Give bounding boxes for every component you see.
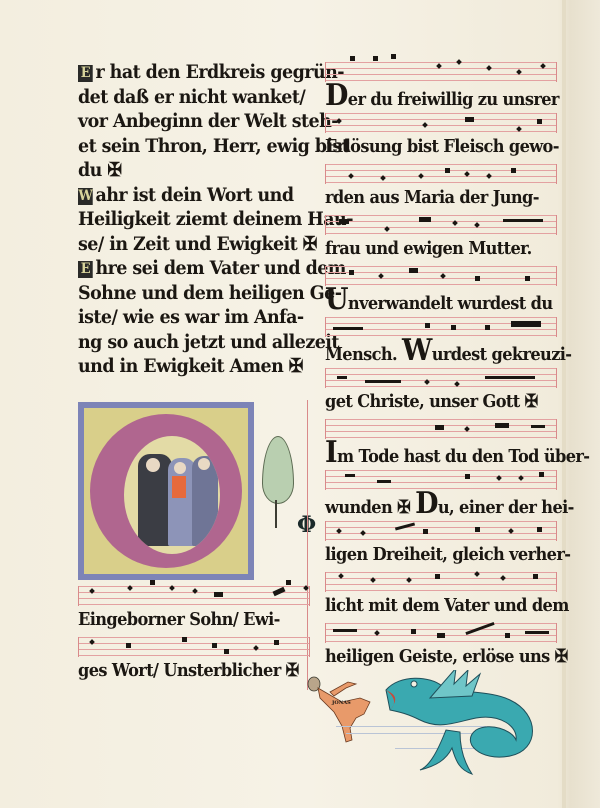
neume [286,580,291,585]
neume [409,268,418,273]
neume-ligature [365,380,401,383]
text-line: Wahr ist dein Wort und [78,183,299,208]
lyric-line: rden aus Maria der Jung- [325,184,539,212]
neume [345,474,355,477]
neume [525,631,549,634]
right-chant-column: Der du freiwillig zu unsrer Erlösung bis… [325,62,557,662]
staff-system: heiligen Geiste, erlöse uns ✠ [325,623,557,674]
letter-o-ring [90,414,242,568]
leaf-stem [275,500,277,528]
neume [150,580,155,585]
text-line: und in Ewigkeit Amen ✠ [78,354,299,379]
initial-capital: E [78,65,93,82]
page-gutter [562,0,566,808]
lyric-line: Eingeborner Sohn/ Ewi- [78,606,280,634]
lyric-text: nverwandelt wurdest du [348,293,553,314]
neume [539,472,544,477]
staff-system: Mensch. Wurdest gekreuzi- [325,317,557,368]
neume [419,217,431,222]
monk-face [146,458,160,472]
staff-system: wunden ✠ Du, einer der hei- [325,470,557,521]
gold-ground [84,408,248,574]
staff-system: Eingeborner Sohn/ Ewi- [78,586,310,637]
lyric-text: urdest gekreuzi- [432,344,572,365]
staff-system: rden aus Maria der Jung- [325,164,557,215]
neume [537,527,542,532]
staff-system: ges Wort/ Unsterblicher ✠ [78,637,310,688]
figure-label: JONAS [332,700,351,706]
staff-system: get Christe, unser Gott ✠ [325,368,557,419]
sea-dragon-icon [380,670,550,780]
neume-ligature [333,629,357,632]
neume-ligature [485,376,535,379]
initial-capital: E [78,261,93,278]
chant-initial: U [325,282,348,317]
text-line: Heiligkeit ziemt deinem Hau- [78,207,299,232]
lyric-line: heiligen Geiste, erlöse uns ✠ [325,643,568,671]
lyric-text: er du freiwillig zu unsrer [348,89,559,110]
text-line: du ✠ [78,158,299,183]
staff-system: Der du freiwillig zu unsrer [325,62,557,113]
monks-scene [124,436,220,554]
chant-initial: I [325,435,337,470]
monk-face [198,458,210,470]
illuminated-initial-o [78,402,254,580]
neume [212,643,217,648]
neume [511,168,516,173]
lyric-line: Erlösung bist Fleisch gewo- [325,133,559,161]
staff-system: licht mit dem Vater und dem [325,572,557,623]
text-line: Ehre sei dem Vater und dem [78,256,299,281]
lyric-text: Mensch. [325,344,402,365]
lyric-line: frau und ewigen Mutter. [325,235,532,263]
text-line: Sohne und dem heiligen Ge- [78,281,299,306]
neume-cluster [511,321,541,327]
neume [339,219,349,224]
text-line: et sein Thron, Herr, ewig bist [78,134,299,159]
chant-initial: W [402,333,432,368]
staff-lines [325,521,557,541]
neume [475,276,480,281]
chant-initial: D [415,486,438,521]
neume [425,323,430,328]
text-line-content: r hat den Erdkreis gegrün- [95,61,344,83]
lyric-text: m Tode hast du den Tod über- [337,446,589,467]
neume [350,56,355,61]
text-line: se/ in Zeit und Ewigkeit ✠ [78,232,299,257]
staff-system: Erlösung bist Fleisch gewo- [325,113,557,164]
lyric-text: u, einer der hei- [438,497,574,518]
neume [465,474,470,479]
staff-lines [325,113,557,133]
neume [465,117,474,122]
neume [224,649,229,654]
lyric-line: ligen Dreiheit, gleich verher- [325,541,570,569]
neume [531,425,545,428]
chant-initial: D [325,78,348,113]
neume [349,270,354,275]
neume [525,276,530,281]
text-line: vor Anbeginn der Welt steh- [78,109,299,134]
lyric-line: get Christe, unser Gott ✠ [325,388,538,416]
neume [445,168,450,173]
text-line-content: ahr ist dein Wort und [95,184,293,206]
text-line: det daß er nicht wanket/ [78,85,299,110]
staff-lines [325,470,557,490]
neume [214,592,223,597]
text-line: iste/ wie es war im Anfa- [78,305,299,330]
neume-ligature [333,327,363,330]
neume [182,637,187,642]
neume [533,574,538,579]
neume [373,56,378,61]
initial-capital: W [78,188,93,205]
neume [337,376,347,379]
staff-system: ligen Dreiheit, gleich verher- [325,521,557,572]
staff-system: Im Tode hast du den Tod über- [325,419,557,470]
neume [435,425,444,430]
red-book-icon [172,476,186,498]
lyric-text: wunden ✠ [325,497,415,518]
staff-lines [325,164,557,184]
neume [475,527,480,532]
text-line-content: hre sei dem Vater und dem [95,257,345,279]
neume [437,633,445,638]
manuscript-page: Er hat den Erdkreis gegrün- det daß er n… [0,0,600,808]
neume [377,480,391,483]
monk-face [174,462,186,474]
lyric-line: wunden ✠ Du, einer der hei- [325,490,574,522]
neume [274,640,279,645]
neume [495,423,509,428]
neume [423,529,428,534]
lyric-line: Im Tode hast du den Tod über- [325,439,589,471]
left-chant: Eingeborner Sohn/ Ewi- ges Wort/ Unsterb… [78,586,310,688]
neume [451,325,456,330]
lyric-line: Unverwandelt wurdest du [325,286,552,318]
lyric-line: ges Wort/ Unsterblicher ✠ [78,657,299,685]
lyric-line: Mensch. Wurdest gekreuzi- [325,337,571,369]
text-line: Er hat den Erdkreis gegrün- [78,60,299,85]
neume-ligature [503,219,543,222]
neume [435,574,440,579]
neume [411,629,416,634]
staff-lines [325,572,557,592]
neume [126,643,131,648]
neume [505,633,510,638]
neume [485,325,490,330]
text-line: ng so auch jetzt und allezeit [78,330,299,355]
tree-leaf-ornament-icon [262,436,294,504]
staff-lines [325,215,557,235]
neume [537,119,542,124]
left-text-column: Er hat den Erdkreis gegrün- det daß er n… [78,60,318,379]
staff-system: frau und ewigen Mutter. [325,215,557,266]
neume [391,54,396,59]
jonas-figure-icon [300,668,390,748]
staff-system: Unverwandelt wurdest du [325,266,557,317]
lyric-line: licht mit dem Vater und dem [325,592,569,620]
lyric-line: Der du freiwillig zu unsrer [325,82,559,114]
